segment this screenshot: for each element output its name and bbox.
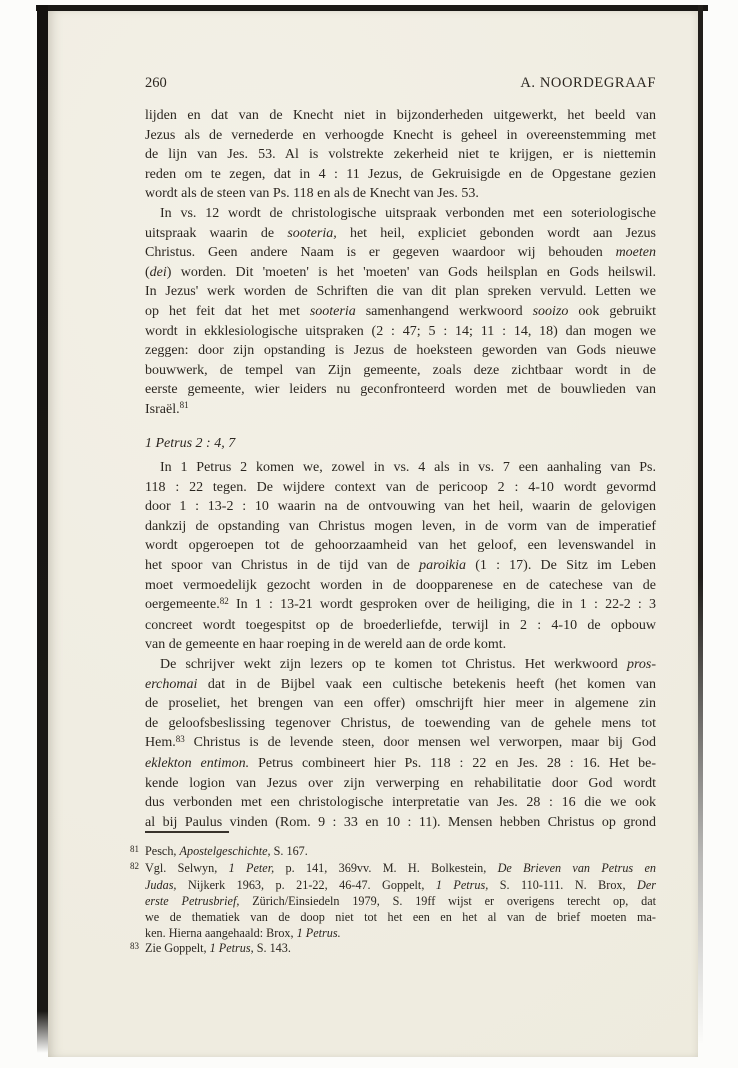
text-segment: erste Petrusbrief, bbox=[145, 894, 239, 908]
text-segment: S. 110-111. N. Brox, bbox=[488, 878, 637, 892]
text-segment: Israël. bbox=[145, 402, 180, 417]
text-line: de geloofsbeslissing tegenover Christus,… bbox=[145, 714, 656, 734]
text-segment: wordt als de steen van Ps. 118 en als de… bbox=[145, 186, 479, 201]
text-line: Israël.81 bbox=[145, 400, 656, 421]
footnote-number: 82 bbox=[130, 859, 145, 875]
text-line: 1 Petrus 2 : 4, 7 bbox=[145, 434, 656, 454]
text-segment: De schrijver wekt zijn lezers op te kome… bbox=[160, 657, 627, 672]
text-segment: Hem. bbox=[145, 735, 176, 750]
text-segment: ) worden. Dit 'moeten' is het 'moeten' v… bbox=[167, 265, 656, 280]
footnote-reference: 81 bbox=[180, 400, 189, 410]
text-line: het spoor van Christus in de tijd van de… bbox=[145, 556, 656, 576]
text-segment: op het feit dat het met bbox=[145, 304, 310, 319]
text-line: de proseliet, het brengen van een offer)… bbox=[145, 694, 656, 714]
text-segment: Jezus als de vernederde en verhoogde Kne… bbox=[145, 128, 656, 143]
text-segment: de geloofsbeslissing tegenover Christus,… bbox=[145, 716, 656, 731]
footnotes: 81Pesch, Apostelgeschichte, S. 167.82Vgl… bbox=[145, 844, 656, 958]
page-header: 260 A. NOORDEGRAAF bbox=[145, 75, 656, 92]
text-line: moet vermoedelijk gezocht worden in de d… bbox=[145, 576, 656, 596]
text-segment: paroikia bbox=[419, 558, 466, 573]
text-line: oergemeente.82 In 1 : 13-21 wordt gespro… bbox=[145, 595, 656, 616]
text-segment: we de thematiek van de doop niet tot het… bbox=[145, 910, 656, 924]
text-segment: 1 Petrus. bbox=[297, 926, 341, 940]
text-line: dankzij de opstanding van Christus mogen… bbox=[145, 517, 656, 537]
text-line: (dei) worden. Dit 'moeten' is het 'moete… bbox=[145, 263, 656, 283]
text-segment: Zürich/Einsiedeln 1979, S. 19ff wijst er… bbox=[239, 894, 656, 908]
text-line: dus verbonden met een christologische in… bbox=[145, 793, 656, 813]
text-line: bouwwerk, de tempel van Zijn gemeente, z… bbox=[145, 361, 656, 381]
text-segment: De Brieven van Petrus en bbox=[498, 861, 656, 875]
text-line: kende logion van Jezus over zijn verwerp… bbox=[145, 774, 656, 794]
text-segment: In Jezus' werk worden de Schriften die v… bbox=[145, 284, 656, 299]
text-segment: bouwwerk, de tempel van Zijn gemeente, z… bbox=[145, 363, 656, 378]
text-segment: Pesch, bbox=[145, 844, 180, 858]
text-line: wordt in ekklesiologische uitspraken (2 … bbox=[145, 322, 656, 342]
text-segment: ook gebruikt bbox=[568, 304, 656, 319]
text-segment: de proseliet, het brengen van een offer)… bbox=[145, 696, 656, 711]
text-segment: Vgl. Selwyn, bbox=[145, 861, 229, 875]
text-line: ken. Hierna aangehaald: Brox, 1 Petrus. bbox=[145, 926, 656, 942]
text-line: door 1 : 13-2 : 10 waarin na de ontvouwi… bbox=[145, 497, 656, 517]
book-page: 260 A. NOORDEGRAAF lijden en dat van de … bbox=[48, 11, 698, 1057]
text-segment: Apostelgeschichte, bbox=[180, 844, 271, 858]
text-segment: door 1 : 13-2 : 10 waarin na de ontvouwi… bbox=[145, 499, 656, 514]
text-segment: lijden en dat van de Knecht niet in bijz… bbox=[145, 108, 656, 123]
text-line: wordt als de steen van Ps. 118 en als de… bbox=[145, 184, 656, 204]
text-segment: al bij Paulus vinden (Rom. 9 : 33 en 10 … bbox=[145, 815, 656, 830]
text-segment: S. 167. bbox=[271, 844, 308, 858]
text-segment: eerste gemeente, wier leiders nu geconfr… bbox=[145, 382, 656, 397]
text-line: Judas, Nijkerk 1963, p. 21-22, 46-47. Go… bbox=[145, 878, 656, 894]
text-segment: sooizo bbox=[533, 304, 569, 319]
text-line: 82Vgl. Selwyn, 1 Peter, p. 141, 369vv. M… bbox=[145, 861, 656, 878]
text-line: concreet wordt toegespitst op de broeder… bbox=[145, 616, 656, 636]
text-segment: Der bbox=[637, 878, 656, 892]
text-segment: moet vermoedelijk gezocht worden in de d… bbox=[145, 578, 656, 593]
text-segment: sooteria bbox=[310, 304, 356, 319]
text-segment: sooteria, bbox=[287, 226, 336, 241]
footnote-number: 81 bbox=[130, 842, 145, 858]
text-segment: Judas, bbox=[145, 878, 176, 892]
text-line: van de gemeente en haar roeping in de we… bbox=[145, 635, 656, 655]
text-segment: ken. Hierna aangehaald: Brox, bbox=[145, 926, 297, 940]
footnote-reference: 83 bbox=[176, 734, 185, 744]
text-line: op het feit dat het met sooteria samenha… bbox=[145, 302, 656, 322]
text-segment: Christus. Geen andere Naam is er gegeven… bbox=[145, 245, 616, 260]
text-segment: erchomai bbox=[145, 677, 197, 692]
text-segment: uitspraak waarin de bbox=[145, 226, 287, 241]
text-segment: van de gemeente en haar roeping in de we… bbox=[145, 637, 506, 652]
paragraph: lijden en dat van de Knecht niet in bijz… bbox=[145, 106, 656, 204]
text-segment: Petrus combineert hier Ps. 118 : 22 en J… bbox=[249, 756, 656, 771]
footnote-reference: 82 bbox=[220, 596, 229, 606]
text-segment: zeggen: door zijn opstanding is Jezus de… bbox=[145, 343, 656, 358]
text-segment: In 1 : 13-21 wordt gesproken over de hei… bbox=[229, 597, 656, 612]
text-segment: 1 Peter, bbox=[229, 861, 275, 875]
scanned-page: 260 A. NOORDEGRAAF lijden en dat van de … bbox=[0, 0, 738, 1068]
text-segment: eklekton entimon. bbox=[145, 756, 249, 771]
text-line: eerste gemeente, wier leiders nu geconfr… bbox=[145, 380, 656, 400]
text-segment: de lijn van Jes. 53. Al is volstrekte ze… bbox=[145, 147, 656, 162]
text-segment: het heil, expliciet gebonden wordt aan J… bbox=[337, 226, 656, 241]
text-line: In 1 Petrus 2 komen we, zowel in vs. 4 a… bbox=[145, 458, 656, 478]
text-line: eklekton entimon. Petrus combineert hier… bbox=[145, 754, 656, 774]
text-segment: In 1 Petrus 2 komen we, zowel in vs. 4 a… bbox=[160, 460, 656, 475]
text-line: uitspraak waarin de sooteria, het heil, … bbox=[145, 224, 656, 244]
page-number: 260 bbox=[145, 75, 167, 92]
text-segment: 118 : 22 tegen. De wijdere context van d… bbox=[145, 480, 656, 495]
footnote: 82Vgl. Selwyn, 1 Peter, p. 141, 369vv. M… bbox=[145, 861, 656, 942]
text-segment: wordt opgeroepen tot de gehoorzaamheid v… bbox=[145, 538, 656, 553]
text-line: Christus. Geen andere Naam is er gegeven… bbox=[145, 243, 656, 263]
text-line: zeggen: door zijn opstanding is Jezus de… bbox=[145, 341, 656, 361]
text-line: wordt opgeroepen tot de gehoorzaamheid v… bbox=[145, 536, 656, 556]
paragraph: In vs. 12 wordt de christologische uitsp… bbox=[145, 204, 656, 421]
section-heading: 1 Petrus 2 : 4, 7 bbox=[145, 434, 656, 454]
text-segment: Nijkerk 1963, p. 21-22, 46-47. Goppelt, bbox=[176, 878, 435, 892]
text-segment: S. 143. bbox=[254, 941, 291, 955]
footnote: 81Pesch, Apostelgeschichte, S. 167. bbox=[145, 844, 656, 861]
text-line: 83Zie Goppelt, 1 Petrus, S. 143. bbox=[145, 941, 656, 958]
text-segment: dat in de Bijbel vaak een cultische bete… bbox=[197, 677, 656, 692]
text-line: erste Petrusbrief, Zürich/Einsiedeln 197… bbox=[145, 894, 656, 910]
text-line: lijden en dat van de Knecht niet in bijz… bbox=[145, 106, 656, 126]
text-segment: Christus is de levende steen, door mense… bbox=[185, 735, 656, 750]
text-line: de lijn van Jes. 53. Al is volstrekte ze… bbox=[145, 145, 656, 165]
text-segment: samenhangend werkwoord bbox=[356, 304, 533, 319]
text-line: Jezus als de vernederde en verhoogde Kne… bbox=[145, 126, 656, 146]
footnote-separator bbox=[145, 831, 229, 833]
text-line: al bij Paulus vinden (Rom. 9 : 33 en 10 … bbox=[145, 813, 656, 833]
text-line: 81Pesch, Apostelgeschichte, S. 167. bbox=[145, 844, 656, 861]
text-segment: oergemeente. bbox=[145, 597, 220, 612]
text-segment: dei bbox=[150, 265, 167, 280]
text-segment: 1 Petrus, bbox=[210, 941, 254, 955]
paragraph: De schrijver wekt zijn lezers op te kome… bbox=[145, 655, 656, 832]
scan-edge-left bbox=[37, 5, 48, 1053]
text-segment: reden om te zegen, dat in 4 : 11 Jezus, … bbox=[145, 167, 656, 182]
text-segment: pros- bbox=[627, 657, 656, 672]
text-segment: moeten bbox=[616, 245, 656, 260]
text-line: 118 : 22 tegen. De wijdere context van d… bbox=[145, 478, 656, 498]
text-line: In Jezus' werk worden de Schriften die v… bbox=[145, 282, 656, 302]
text-segment: wordt in ekklesiologische uitspraken (2 … bbox=[145, 324, 656, 339]
text-line: De schrijver wekt zijn lezers op te kome… bbox=[145, 655, 656, 675]
text-segment: (1 : 17). De Sitz im Leben bbox=[466, 558, 656, 573]
text-line: reden om te zegen, dat in 4 : 11 Jezus, … bbox=[145, 165, 656, 185]
text-segment: In vs. 12 wordt de christologische uitsp… bbox=[160, 206, 656, 221]
text-segment: dus verbonden met een christologische in… bbox=[145, 795, 656, 810]
text-line: we de thematiek van de doop niet tot het… bbox=[145, 910, 656, 926]
footnote-number: 83 bbox=[130, 939, 145, 955]
text-segment: p. 141, 369vv. M. H. Bolkestein, bbox=[274, 861, 497, 875]
running-head: A. NOORDEGRAAF bbox=[520, 75, 656, 92]
paragraph: In 1 Petrus 2 komen we, zowel in vs. 4 a… bbox=[145, 458, 656, 655]
text-segment: kende logion van Jezus over zijn verwerp… bbox=[145, 776, 656, 791]
text-line: Hem.83 Christus is de levende steen, doo… bbox=[145, 733, 656, 754]
text-segment: concreet wordt toegespitst op de broeder… bbox=[145, 618, 656, 633]
footnote: 83Zie Goppelt, 1 Petrus, S. 143. bbox=[145, 941, 656, 958]
text-segment: 1 Petrus 2 : 4, 7 bbox=[145, 436, 235, 451]
text-segment: dankzij de opstanding van Christus mogen… bbox=[145, 519, 656, 534]
text-segment: het spoor van Christus in de tijd van de bbox=[145, 558, 419, 573]
body-text: lijden en dat van de Knecht niet in bijz… bbox=[145, 106, 656, 832]
text-segment: 1 Petrus, bbox=[436, 878, 488, 892]
scan-edge-right bbox=[698, 5, 703, 1045]
text-line: In vs. 12 wordt de christologische uitsp… bbox=[145, 204, 656, 224]
text-segment: Zie Goppelt, bbox=[145, 941, 210, 955]
text-line: erchomai dat in de Bijbel vaak een culti… bbox=[145, 675, 656, 695]
